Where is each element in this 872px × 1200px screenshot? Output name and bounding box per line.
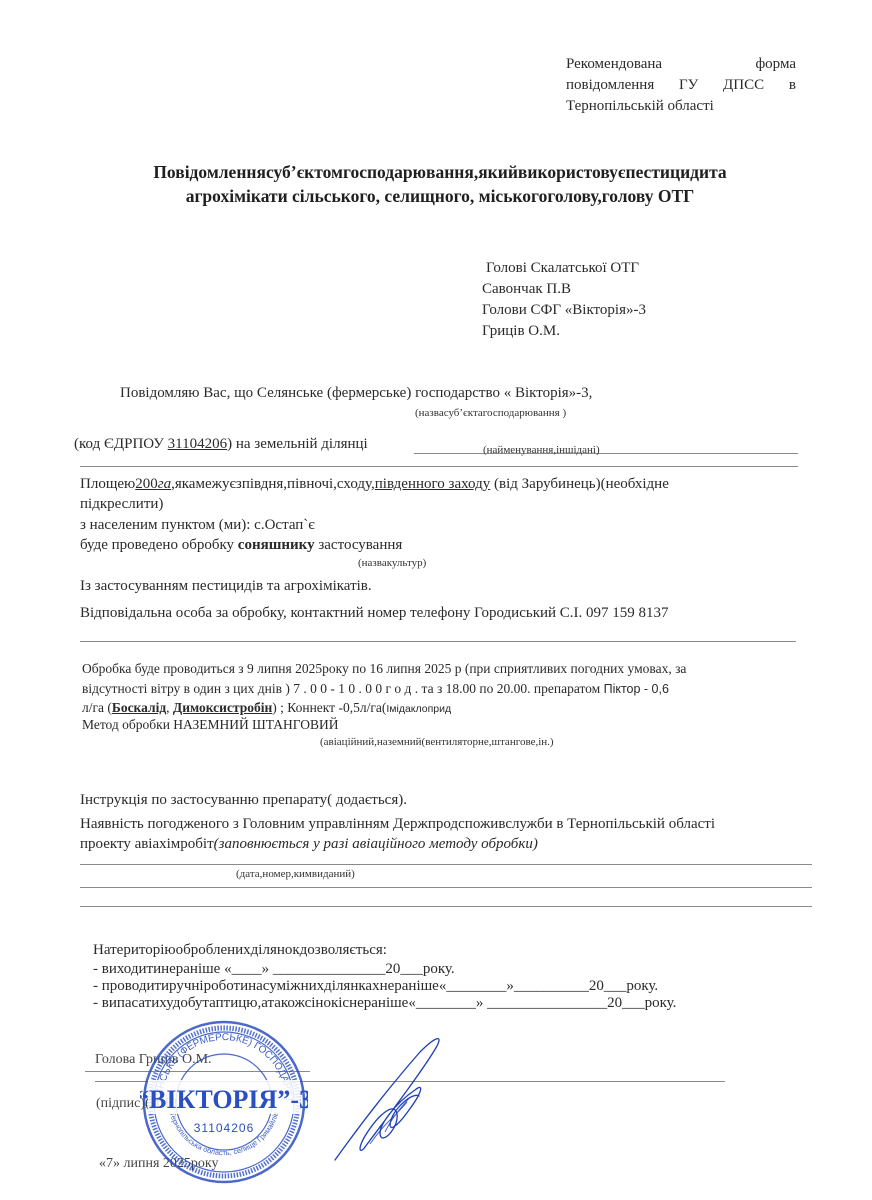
- active-ingredient: Димоксистробін: [173, 700, 272, 715]
- active-ingredient: Боскалід: [112, 700, 166, 715]
- treatment-period-line: Обробка буде проводиться з 9 липня 2025р…: [82, 661, 686, 677]
- svg-text:“ВІКТОРІЯ”-3: “ВІКТОРІЯ”-3: [140, 1085, 308, 1114]
- settlement-line: з населеним пунктом (ми): с.Остап`є: [80, 517, 315, 534]
- rec-form-word: Рекомендована: [566, 54, 662, 75]
- notify-caption: (назвасуб’єктагосподарювання ): [415, 407, 566, 419]
- rec-form-word: ГУ: [679, 75, 698, 96]
- area-line-2: підкреслити): [80, 496, 163, 513]
- area-value: 200: [135, 476, 158, 492]
- divider-line: [80, 641, 796, 642]
- addressee-line: Голові Скалатської ОТГ: [482, 258, 646, 279]
- addressee-line: Гриців О.М.: [482, 321, 646, 342]
- aviation-text: проекту авіахімробіт: [80, 836, 214, 852]
- restriction-item: - проводитиручніроботинасуміжнихділянках…: [93, 978, 658, 995]
- company-stamp: СЕЛЯНСЬКЕ (ФЕРМЕРСЬКЕ) ГОСПОДАРСТВО Терн…: [140, 1018, 308, 1186]
- restriction-item: - виходитинераніше «____» ______________…: [93, 961, 455, 978]
- crop-line: буде проведено обробку соняшнику застосу…: [80, 537, 402, 554]
- addressee-block: Голові Скалатської ОТГ Савончак П.В Голо…: [482, 258, 646, 342]
- method-caption: (авіаційний,наземний(вентиляторне,штанго…: [320, 736, 554, 748]
- area-border-selected: південного заходу: [375, 476, 491, 492]
- crop-caption: (назвакультур): [358, 557, 426, 569]
- area-unit: га: [158, 476, 171, 492]
- aviation-caption: (дата,номер,кимвиданий): [236, 868, 355, 880]
- edrpou-line: (код ЄДРПОУ 31104206) на земельній ділян…: [74, 436, 368, 453]
- treatment-text: ) ; Коннект -0,5л/га(: [272, 700, 386, 715]
- divider-line: [80, 466, 798, 467]
- instruction-line: Інструкція по застосуванню препарату( до…: [80, 792, 407, 809]
- method-line: Метод обробки НАЗЕМНИЙ ШТАНГОВИЙ: [82, 717, 339, 733]
- edrpou-suffix: ) на земельній ділянці: [227, 436, 368, 452]
- edrpou-prefix: (код ЄДРПОУ: [74, 436, 168, 452]
- rec-form-word: в: [789, 75, 796, 96]
- separator: ,: [166, 700, 173, 715]
- title-line-1: Повідомленнясуб’єктомгосподарювання,який…: [80, 160, 800, 184]
- signature-icon: [325, 1032, 465, 1167]
- active-ingredient: Імідаклоприд: [386, 703, 451, 715]
- stamp-icon: СЕЛЯНСЬКЕ (ФЕРМЕРСЬКЕ) ГОСПОДАРСТВО Терн…: [140, 1018, 308, 1186]
- addressee-line: Голови СФГ «Вікторія»-3: [482, 300, 646, 321]
- document-title: Повідомленнясуб’єктомгосподарювання,який…: [80, 160, 800, 208]
- aviation-line-2: проекту авіахімробіт(заповнюється у разі…: [80, 836, 538, 853]
- crop-suffix: застосування: [315, 537, 403, 553]
- treatment-time-line: відсутності вітру в один з цих днів ) 7 …: [82, 681, 669, 697]
- handwritten-signature: [325, 1032, 465, 1167]
- aviation-line-1: Наявність погодженого з Головним управлі…: [80, 816, 715, 833]
- title-line-2: агрохімікати сільського, селищного, місь…: [80, 184, 800, 208]
- addressee-line: Савончак П.В: [482, 279, 646, 300]
- pesticides-line: Із застосуванням пестицидів та агрохімік…: [80, 578, 372, 595]
- treatment-text: л/га (: [82, 700, 112, 715]
- treatment-time: 7 . 0 0 - 1 0 . 0 0 г о д .: [293, 681, 418, 696]
- edrpou-code: 31104206: [168, 436, 227, 452]
- restriction-item: - випасатихудобутаптицю,атакожсінокіснер…: [93, 995, 676, 1012]
- aviation-fill-line: [80, 906, 812, 907]
- plot-caption: (найменування,іншідані): [483, 444, 600, 456]
- active-ingredients-line: л/га (Боскалід, Димоксистробін) ; Коннек…: [82, 700, 451, 716]
- restrictions-heading: Натериторіюоброблениxділянокдозволяється…: [93, 942, 387, 959]
- notify-line: Повідомляю Вас, що Селянське (фермерське…: [120, 385, 592, 402]
- recommended-form-note: Рекомендована форма повідомлення ГУ ДПСС…: [566, 54, 796, 117]
- svg-text:31104206: 31104206: [194, 1121, 255, 1135]
- treatment-text: відсутності вітру в один з цих днів ): [82, 681, 293, 696]
- plot-name-fill-line: [414, 453, 798, 454]
- rec-form-region: Тернопільській області: [566, 96, 796, 117]
- area-prefix: Площею: [80, 476, 135, 492]
- area-borders: ,якамежуєзпівдня,півночі,сходу,: [171, 476, 375, 492]
- area-line: Площею200га,якамежуєзпівдня,півночі,сход…: [80, 476, 669, 493]
- rec-form-word: ДПСС: [723, 75, 764, 96]
- product-name: Піктор - 0,6: [604, 682, 669, 696]
- aviation-note: (заповнюється у разі авіаційного методу …: [214, 836, 538, 852]
- responsible-person-line: Відповідальна особа за обробку, контактн…: [80, 605, 669, 622]
- aviation-fill-line: [80, 887, 812, 888]
- crop-prefix: буде проведено обробку: [80, 537, 238, 553]
- area-suffix: (від Зарубинець)(необхідне: [490, 476, 669, 492]
- aviation-fill-line: [80, 864, 812, 865]
- rec-form-word: форма: [755, 54, 796, 75]
- crop-name: соняшнику: [238, 537, 315, 553]
- treatment-text: та з 18.00 по 20.00. препаратом: [418, 681, 603, 696]
- rec-form-word: повідомлення: [566, 75, 654, 96]
